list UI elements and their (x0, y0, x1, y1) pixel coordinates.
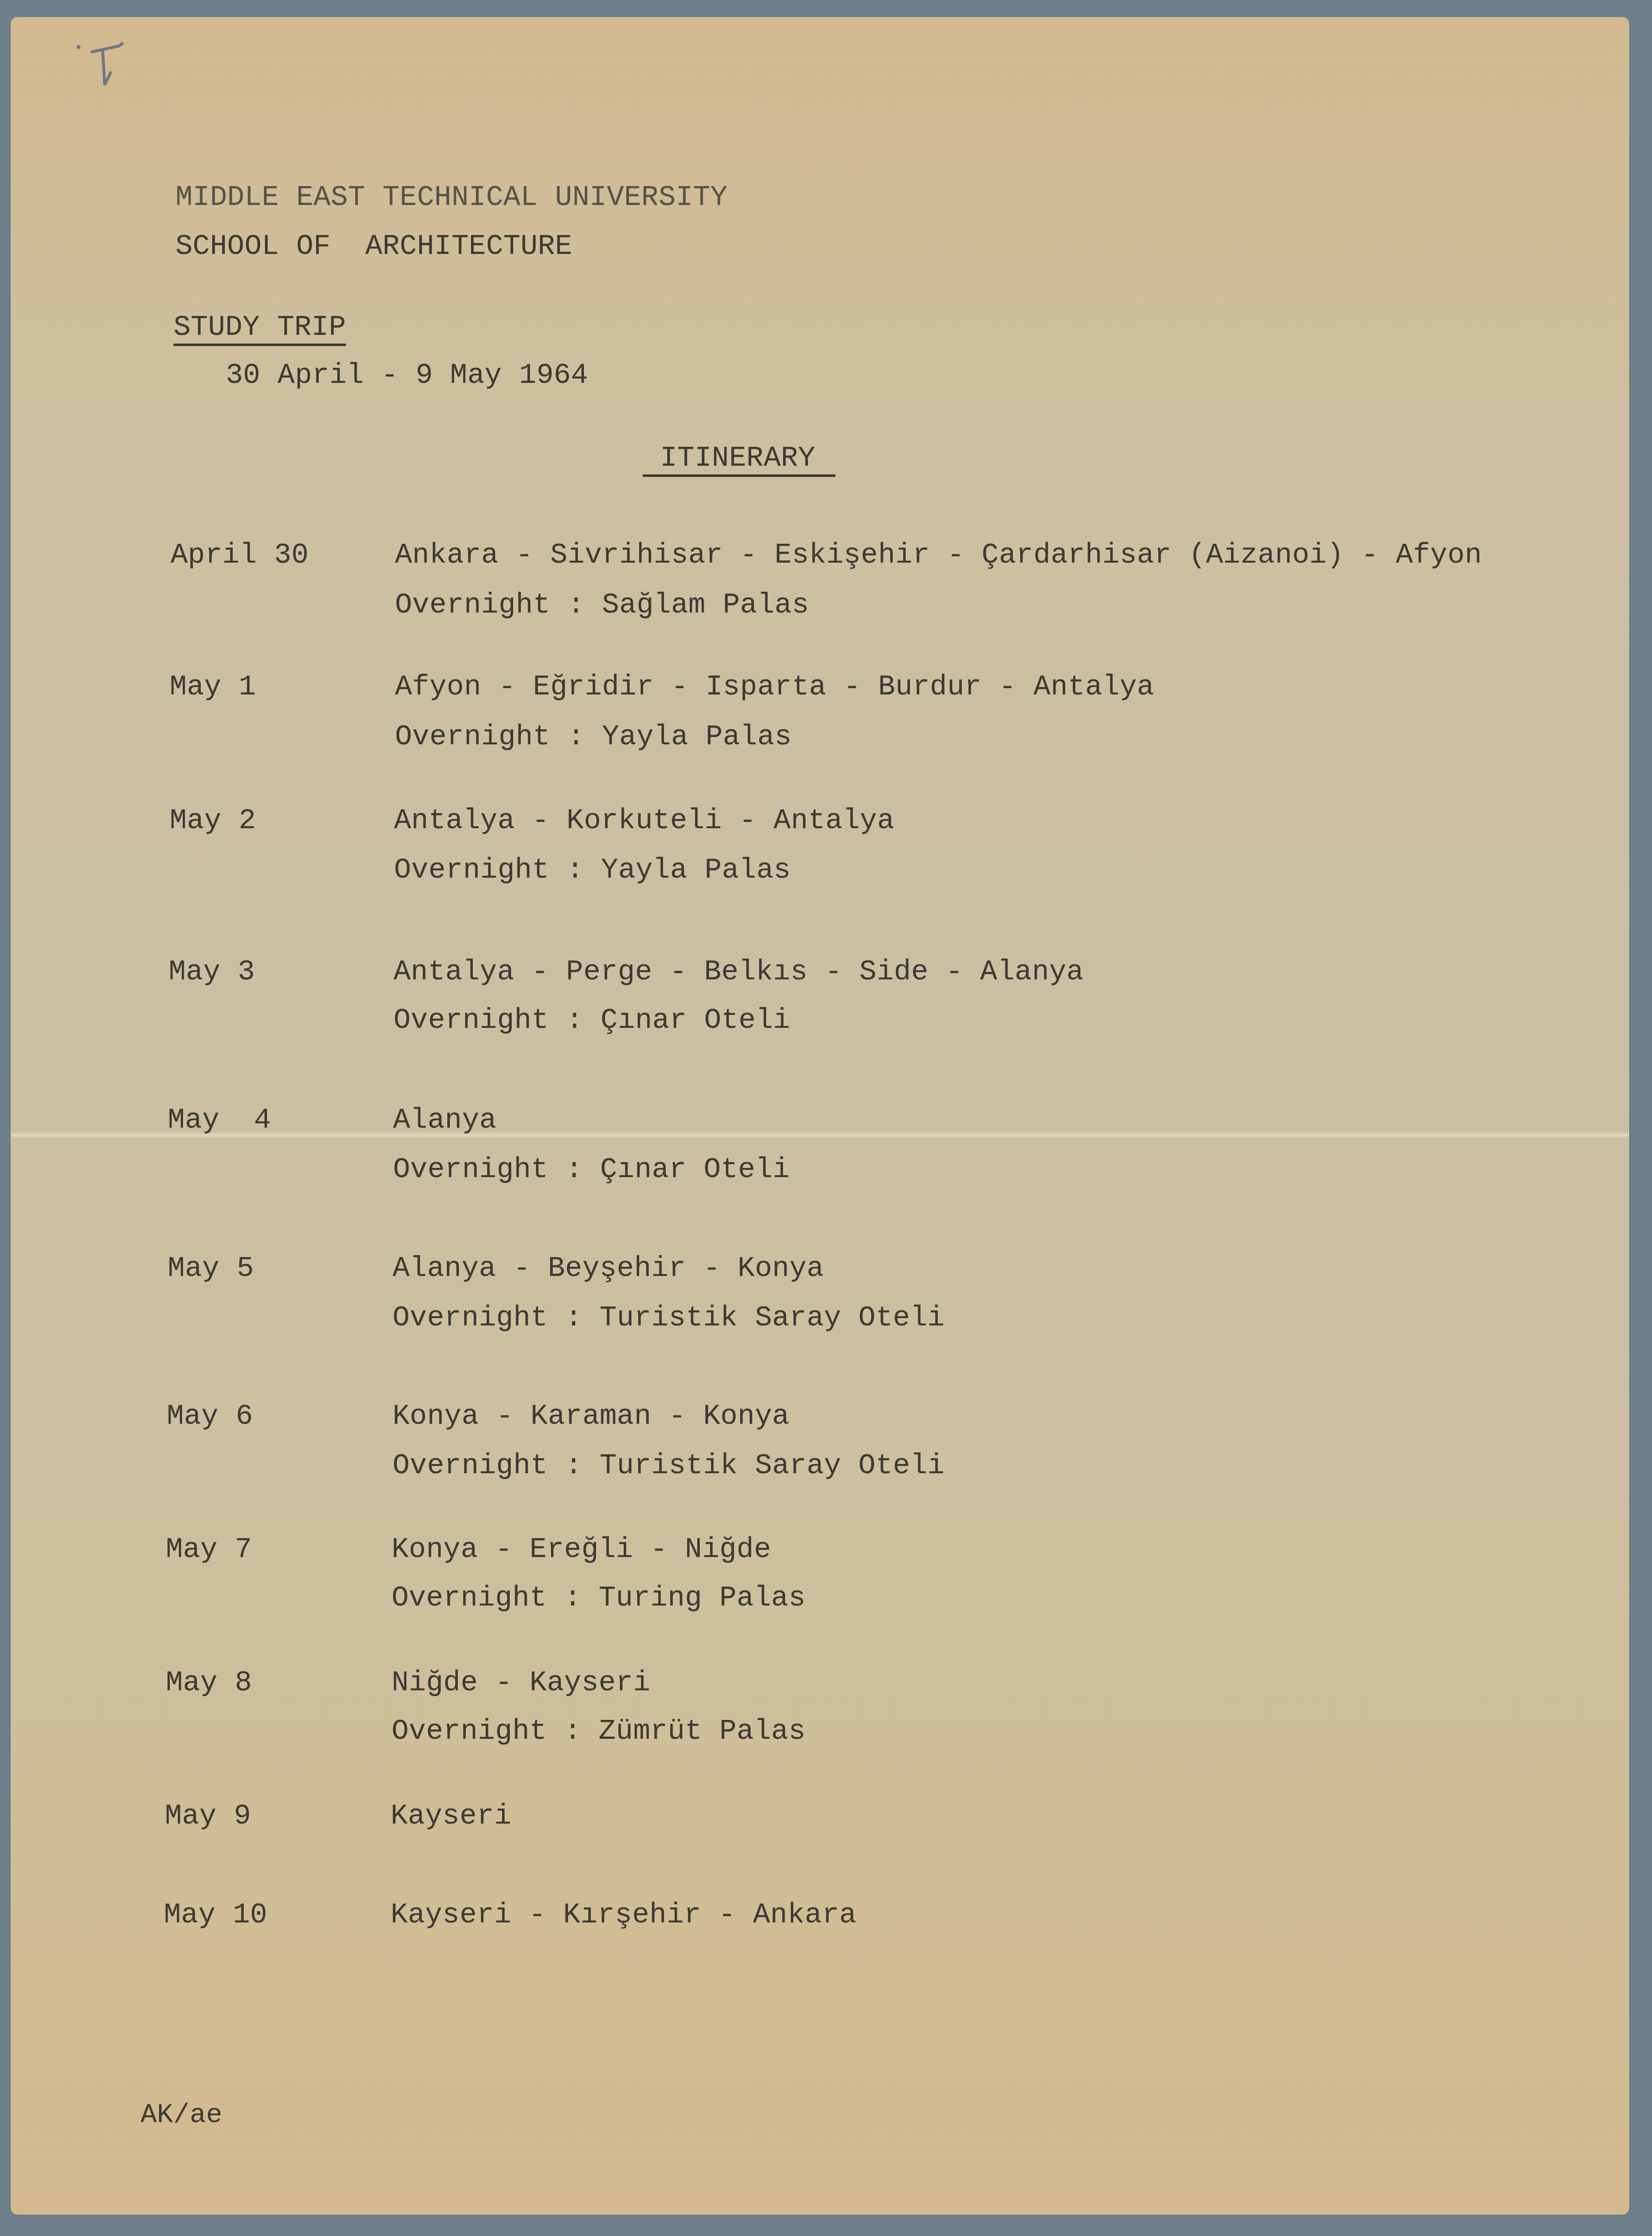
itinerary-date: May 5 (168, 1254, 254, 1283)
itinerary-overnight: Overnight : Turistik Saray Oteli (393, 1451, 944, 1480)
trip-dates: 30 April - 9 May 1964 (226, 361, 588, 390)
itinerary-heading: ITINERARY (643, 444, 835, 477)
itinerary-date: May 4 (168, 1106, 271, 1134)
reference-initials: AK/ae (141, 2101, 222, 2128)
itinerary-date: May 2 (170, 806, 256, 835)
itinerary-overnight: Overnight : Yayla Palas (394, 856, 791, 884)
itinerary-date: May 9 (165, 1802, 251, 1830)
itinerary-date: May 8 (166, 1669, 252, 1697)
itinerary-route: Antalya - Perge - Belkıs - Side - Alanya (393, 958, 1084, 986)
itinerary-date: May 7 (166, 1535, 252, 1564)
itinerary-date: May 1 (170, 673, 256, 701)
itinerary-route: Konya - Ereğli - Niğde (392, 1535, 771, 1564)
handwritten-pencil-mark-icon (73, 31, 126, 90)
itinerary-route: Kayseri - Kırşehir - Ankara (391, 1901, 856, 1929)
itinerary-route: Niğde - Kayseri (392, 1669, 650, 1697)
itinerary-route: Antalya - Korkuteli - Antalya (394, 806, 895, 835)
itinerary-route: Kayseri (391, 1802, 511, 1830)
trip-title: STUDY TRIP (173, 313, 346, 346)
itinerary-overnight: Overnight : Yayla Palas (395, 723, 792, 751)
itinerary-route: Ankara - Sivrihisar - Eskişehir - Çardar… (395, 541, 1482, 569)
itinerary-overnight: Overnight : Zümrüt Palas (392, 1717, 806, 1746)
itinerary-route: Afyon - Eğridir - Isparta - Burdur - Ant… (395, 673, 1154, 701)
itinerary-overnight: Overnight : Turing Palas (392, 1584, 806, 1612)
itinerary-date: May 6 (167, 1402, 253, 1431)
itinerary-date: May 3 (169, 958, 255, 986)
itinerary-overnight: Overnight : Çınar Oteli (393, 1006, 790, 1035)
itinerary-overnight: Overnight : Turistik Saray Oteli (393, 1304, 944, 1332)
school-name: SCHOOL OF ARCHITECTURE (175, 232, 572, 261)
itinerary-route: Alanya (393, 1106, 497, 1134)
itinerary-date: May 10 (164, 1901, 267, 1929)
itinerary-route: Alanya - Beyşehir - Konya (393, 1254, 824, 1283)
itinerary-overnight: Overnight : Sağlam Palas (395, 591, 809, 619)
itinerary-overnight: Overnight : Çınar Oteli (393, 1155, 790, 1184)
institution-name: MIDDLE EAST TECHNICAL UNIVERSITY (175, 183, 727, 212)
itinerary-route: Konya - Karaman - Konya (393, 1402, 789, 1431)
itinerary-date: April 30 (171, 541, 309, 569)
